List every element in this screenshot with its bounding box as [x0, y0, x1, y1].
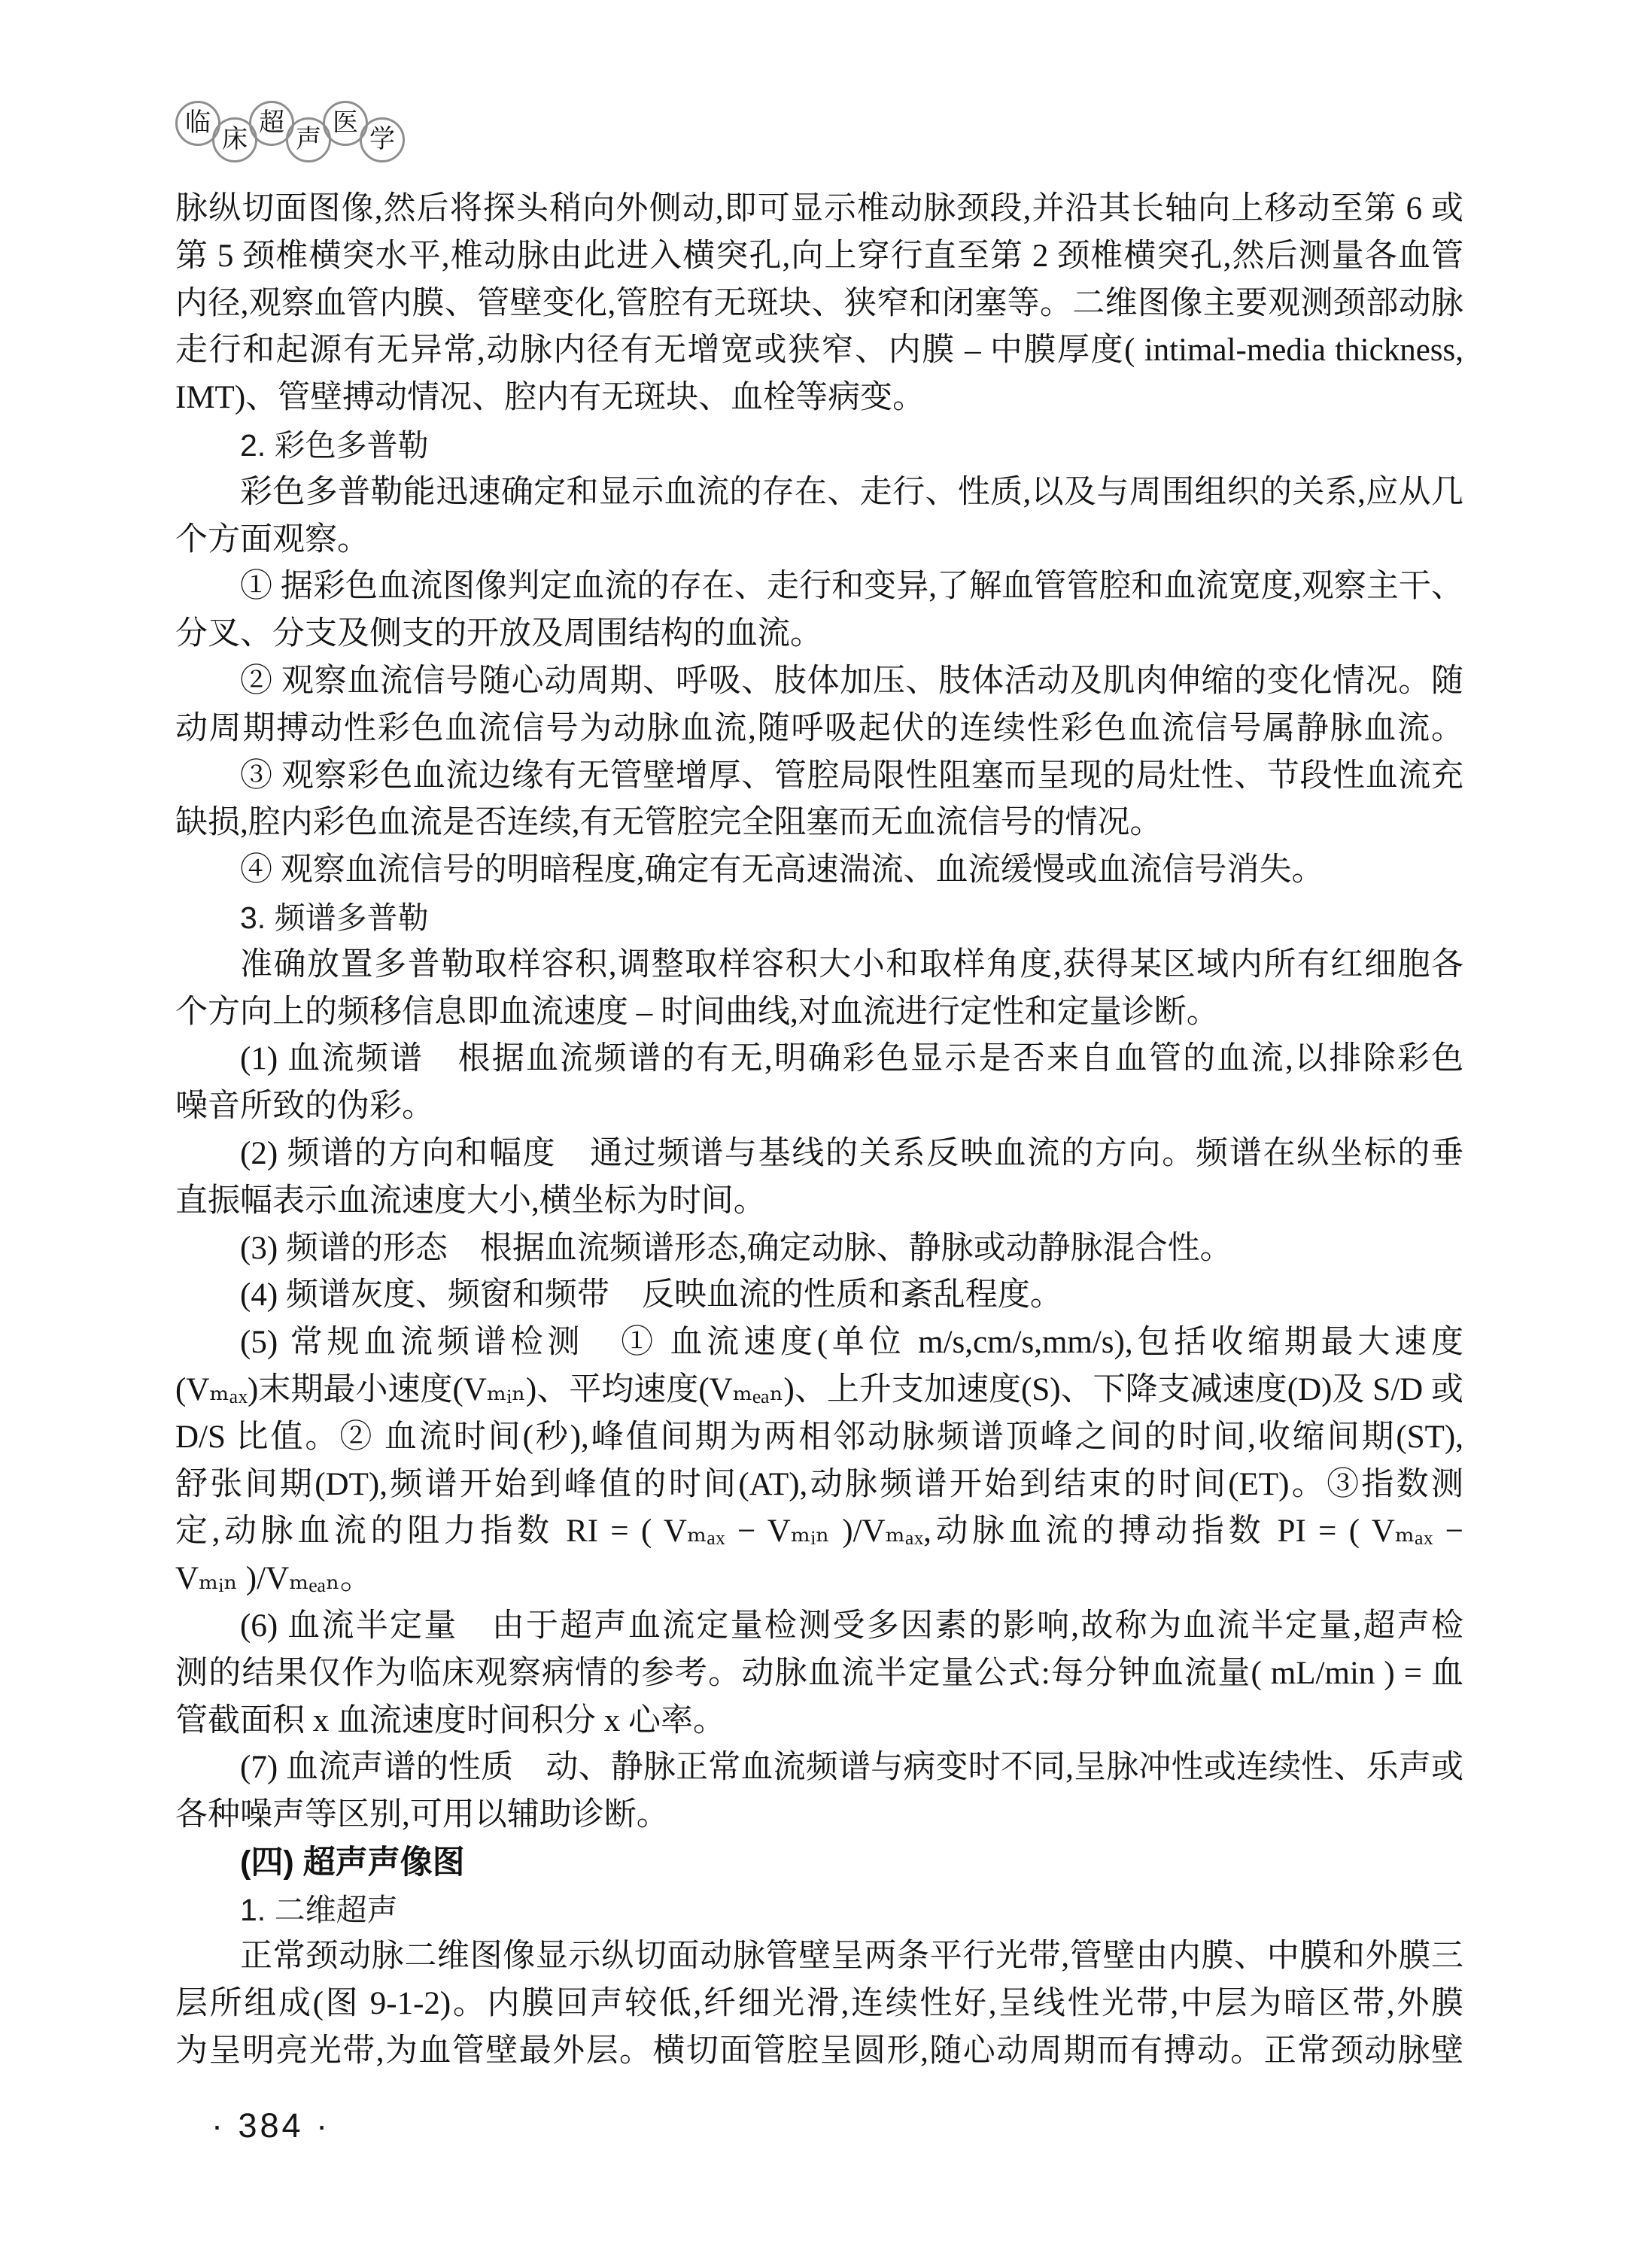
text-line: 管截面积 x 血流速度时间积分 x 心率。: [175, 1698, 1463, 1745]
text-line: 第 5 颈椎横突水平,椎动脉由此进入横突孔,向上穿行直至第 2 颈椎横突孔,然后…: [175, 233, 1463, 281]
text-line: (7) 血流声谱的性质 动、静脉正常血流频谱与病变时不同,呈脉冲性或连续性、乐声…: [175, 1744, 1463, 1792]
text-line: (5) 常规血流频谱检测 ① 血流速度(单位 m/s,cm/s,mm/s),包括…: [175, 1319, 1463, 1367]
text-line: ② 观察血流信号随心动周期、呼吸、肢体加压、肢体活动及肌肉伸缩的变化情况。随心: [175, 658, 1463, 706]
text-line: 层所组成(图 9-1-2)。内膜回声较低,纤细光滑,连续性好,呈线性光带,中层为…: [175, 1981, 1463, 2028]
text-line: 内径,观察血管内膜、管壁变化,管腔有无斑块、狭窄和闭塞等。二维图像主要观测颈部动…: [175, 281, 1463, 328]
text-line: (4) 频谱灰度、频窗和频带 反映血流的性质和紊乱程度。: [175, 1272, 1463, 1319]
text-line: 定,动脉血流的阻力指数 RI = ( Vₘₐₓ − Vₘᵢₙ )/Vₘₐₓ,动脉…: [175, 1508, 1463, 1556]
text-line: 走行和起源有无异常,动脉内径有无增宽或狭窄、内膜 – 中膜厚度( intimal…: [175, 327, 1463, 375]
text-line: 为呈明亮光带,为血管壁最外层。横切面管腔呈圆形,随心动周期而有搏动。正常颈动脉壁: [175, 2028, 1463, 2075]
page-number: · 384 ·: [211, 2106, 330, 2145]
text-line: (3) 频谱的形态 根据血流频谱形态,确定动脉、静脉或动静脉混合性。: [175, 1225, 1463, 1273]
text-line: 准确放置多普勒取样容积,调整取样容积大小和取样角度,获得某区域内所有红细胞各: [175, 942, 1463, 989]
text-line: 正常颈动脉二维图像显示纵切面动脉管壁呈两条平行光带,管壁由内膜、中膜和外膜三: [175, 1933, 1463, 1981]
text-line: 缺损,腔内彩色血流是否连续,有无管腔完全阻塞而无血流信号的情况。: [175, 800, 1463, 847]
text-line: 各种噪声等区别,可用以辅助诊断。: [175, 1792, 1463, 1839]
text-line: 个方向上的频移信息即血流速度 – 时间曲线,对血流进行定性和定量诊断。: [175, 989, 1463, 1037]
text-line: 直振幅表示血流速度大小,横坐标为时间。: [175, 1178, 1463, 1225]
text-line: 分叉、分支及侧支的开放及周围结构的血流。: [175, 611, 1463, 658]
text-line: (6) 血流半定量 由于超声血流定量检测受多因素的影响,故称为血流半定量,超声检: [175, 1603, 1463, 1650]
text-line: ① 据彩色血流图像判定血流的存在、走行和变异,了解血管管腔和血流宽度,观察主干、: [175, 563, 1463, 611]
text-line: (Vₘₐₓ)末期最小速度(Vₘᵢₙ)、平均速度(Vₘₑₐₙ)、上升支加速度(S)…: [175, 1367, 1463, 1414]
section-heading: 2. 彩色多普勒: [175, 422, 1463, 469]
text-line: ④ 观察血流信号的明暗程度,确定有无高速湍流、血流缓慢或血流信号消失。: [175, 847, 1463, 894]
text-line: IMT)、管壁搏动情况、腔内有无斑块、血栓等病变。: [175, 375, 1463, 422]
text-line: Vₘᵢₙ )/Vₘₑₐₙ。: [175, 1556, 1463, 1603]
text-line: ③ 观察彩色血流边缘有无管壁增厚、管腔局限性阻塞而呈现的局灶性、节段性血流充盈: [175, 753, 1463, 800]
text-line: 舒张间期(DT),频谱开始到峰值的时间(AT),动脉频谱开始到结束的时间(ET)…: [175, 1462, 1463, 1509]
text-line: (1) 血流频谱 根据血流频谱的有无,明确彩色显示是否来自血管的血流,以排除彩色: [175, 1036, 1463, 1083]
text-line: 彩色多普勒能迅速确定和显示血流的存在、走行、性质,以及与周围组织的关系,应从几: [175, 469, 1463, 517]
text-line: D/S 比值。② 血流时间(秒),峰值间期为两相邻动脉频谱顶峰之间的时间,收缩间…: [175, 1414, 1463, 1462]
brand-logo: 临 床 超 声 医 学: [175, 101, 405, 169]
text-column: 脉纵切面图像,然后将探头稍向外侧动,即可显示椎动脉颈段,并沿其长轴向上移动至第 …: [175, 186, 1463, 2075]
text-line: 动周期搏动性彩色血流信号为动脉血流,随呼吸起伏的连续性彩色血流信号属静脉血流。: [175, 706, 1463, 753]
logo-char-circle: 学: [360, 117, 405, 162]
section-heading: 1. 二维超声: [175, 1887, 1463, 1934]
text-line: 噪音所致的伪彩。: [175, 1083, 1463, 1131]
text-line: 测的结果仅作为临床观察病情的参考。动脉血流半定量公式:每分钟血流量( mL/mi…: [175, 1650, 1463, 1698]
section-heading: (四) 超声声像图: [175, 1839, 1463, 1887]
section-heading: 3. 频谱多普勒: [175, 894, 1463, 942]
document-page: { "logo": { "chars": ["临", "床", "超", "声"…: [0, 0, 1629, 2268]
text-line: (2) 频谱的方向和幅度 通过频谱与基线的关系反映血流的方向。频谱在纵坐标的垂: [175, 1131, 1463, 1178]
text-line: 脉纵切面图像,然后将探头稍向外侧动,即可显示椎动脉颈段,并沿其长轴向上移动至第 …: [175, 186, 1463, 233]
text-line: 个方面观察。: [175, 517, 1463, 564]
